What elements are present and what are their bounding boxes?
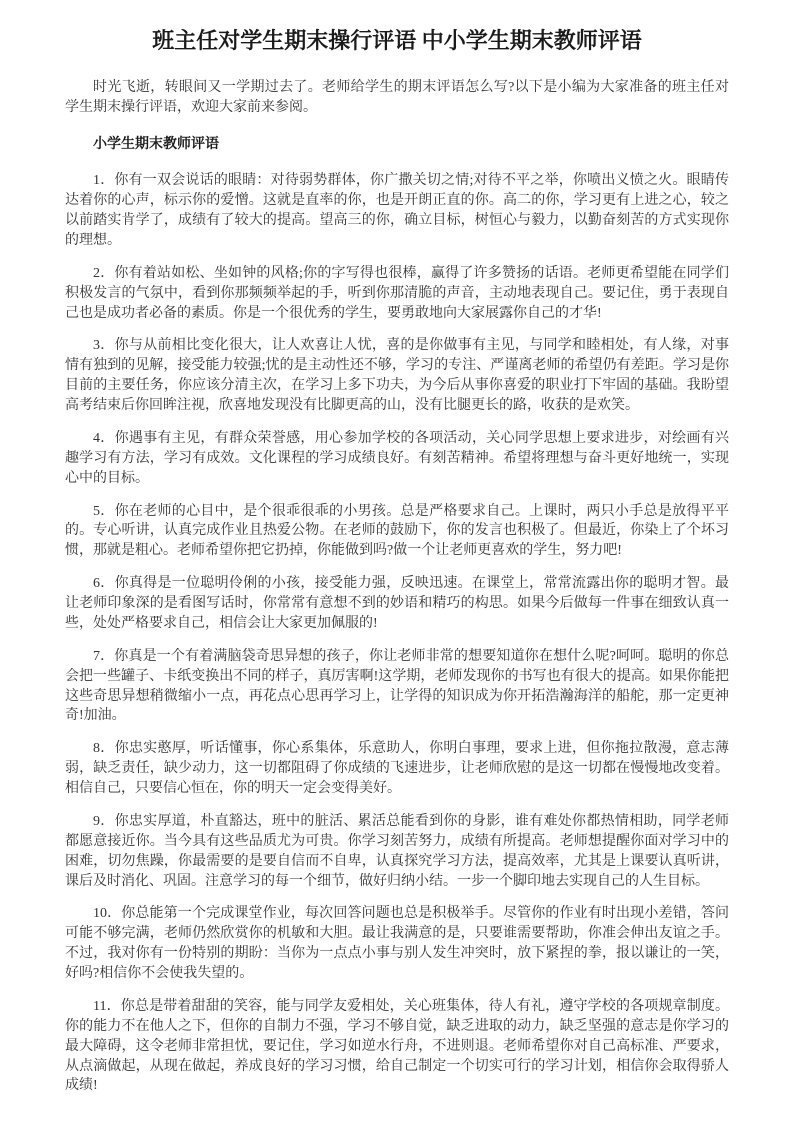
comment-paragraph-11: 11．你总是带着甜甜的笑容，能与同学友爱相处，关心班集体，待人有礼，遵守学校的各…: [65, 997, 729, 1096]
comment-paragraph-10: 10．你总能第一个完成课堂作业，每次回答问题也总是积极举手。尽管你的作业有时出现…: [65, 904, 729, 984]
document-page: 班主任对学生期末操行评语 中小学生期末教师评语 时光飞逝，转眼间又一学期过去了。…: [0, 0, 794, 1123]
comment-paragraph-3: 3．你与从前相比变化很大，让人欢喜让人忧，喜的是你做事有主见，与同学和睦相处，有…: [65, 336, 729, 416]
intro-paragraph: 时光飞逝，转眼间又一学期过去了。老师给学生的期末评语怎么写?以下是小编为大家准备…: [65, 78, 729, 118]
comment-paragraph-1: 1．你有一双会说话的眼睛：对待弱势群体，你广撒关切之情;对待不平之举，你喷出义愤…: [65, 171, 729, 251]
comment-paragraph-5: 5．你在老师的心目中，是个很乖很乖的小男孩。总是严格要求自己。上课时，两只小手总…: [65, 502, 729, 562]
comment-paragraph-4: 4．你遇事有主见，有群众荣誉感，用心参加学校的各项活动，关心同学思想上要求进步，…: [65, 429, 729, 489]
comment-paragraph-7: 7．你真是一个有着满脑袋奇思异想的孩子，你让老师非常的想要知道你在想什么呢?呵呵…: [65, 647, 729, 727]
section-heading: 小学生期末教师评语: [65, 135, 729, 155]
comment-paragraph-6: 6．你真得是一位聪明伶俐的小孩，接受能力强，反映迅速。在课堂上，常常流露出你的聪…: [65, 574, 729, 634]
comment-paragraph-8: 8．你忠实憨厚，听话懂事，你心系集体，乐意助人，你明白事理，要求上进，但你拖拉散…: [65, 739, 729, 799]
comment-paragraph-9: 9．你忠实厚道，朴直豁达，班中的脏活、累活总能看到你的身影，谁有难处你都热情相助…: [65, 812, 729, 892]
page-title: 班主任对学生期末操行评语 中小学生期末教师评语: [65, 26, 729, 56]
comment-paragraph-2: 2．你有着站如松、坐如钟的风格;你的字写得也很棒，赢得了许多赞扬的话语。老师更希…: [65, 264, 729, 324]
